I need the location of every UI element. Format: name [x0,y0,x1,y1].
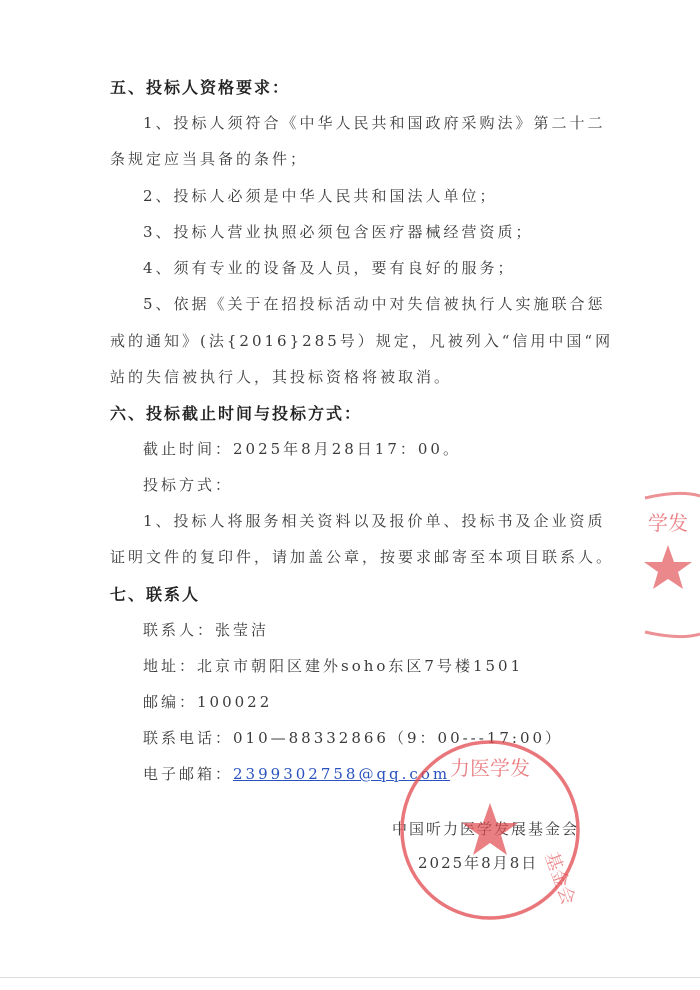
contact-address: 地址：北京市朝阳区建外soho东区7号楼1501 [143,655,523,676]
deadline-text: 截止时间：2025年8月28日17：00。 [143,438,461,459]
section5-item-4: 4、须有专业的设备及人员，要有良好的服务； [143,257,516,278]
section7-heading: 七、联系人 [110,582,200,605]
svg-text:力医学发: 力医学发 [450,756,530,780]
section5-item-2: 2、投标人必须是中华人民共和国法人单位； [143,185,498,206]
page-divider [0,977,700,978]
section5-item-3: 3、投标人营业执照必须包含医疗器械经营资质； [143,221,534,242]
section5-heading: 五、投标人资格要求： [110,75,290,98]
official-seal-icon: 力医学发 基金会 [395,735,585,925]
contact-person: 联系人：张莹洁 [143,619,269,640]
section6-heading: 六、投标截止时间与投标方式： [110,401,362,424]
method-line-1: 1、投标人将服务相关资料以及报价单、投标书及企业资质 [143,510,606,531]
partial-seal-icon: 学发 [640,490,700,640]
email-label: 电子邮箱： [143,765,233,783]
section5-item-5a: 5、依据《关于在招投标活动中对失信被执行人实施联合惩 [143,293,606,314]
section5-item-1a: 1、投标人须符合《中华人民共和国政府采购法》第二十二 [143,112,606,133]
method-label: 投标方式： [143,474,233,495]
svg-text:学发: 学发 [648,511,688,535]
section5-item-5c: 站的失信被执行人，其投标资格将被取消。 [110,366,452,387]
section5-item-5b: 戒的通知》(法{2016}285号）规定，凡被列入“信用中国“网 [110,330,613,351]
method-line-2: 证明文件的复印件，请加盖公章，按要求邮寄至本项目联系人。 [110,546,614,567]
section5-item-1b: 条规定应当具备的条件； [110,148,308,169]
contact-postcode: 邮编：100022 [143,691,272,712]
